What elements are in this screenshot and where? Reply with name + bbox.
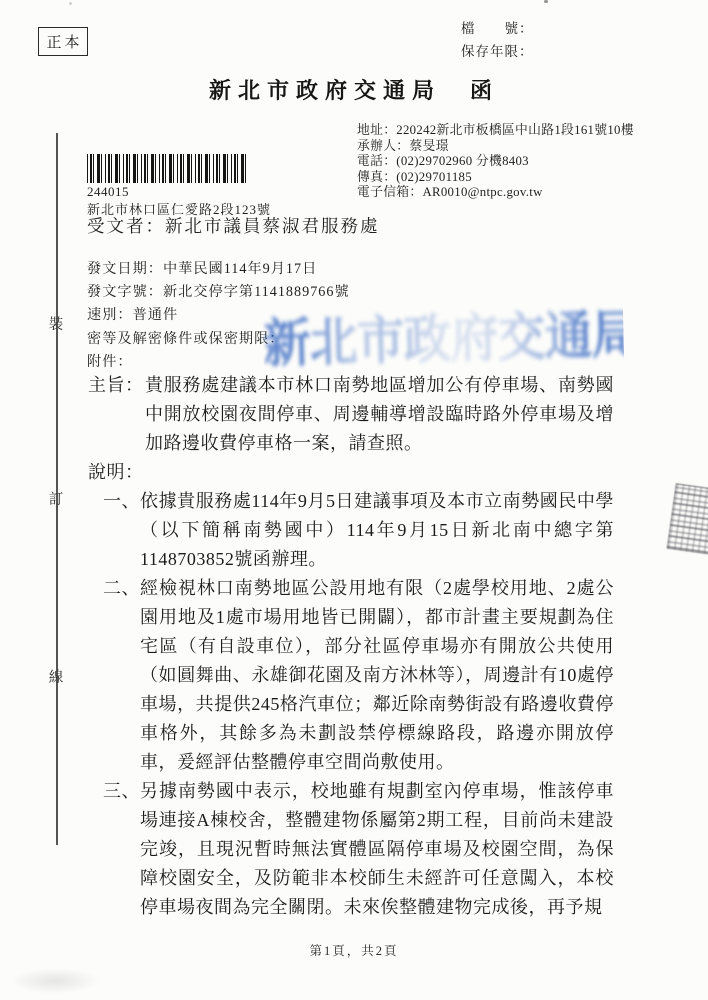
explanation-item-2: 二、經檢視林口南勢地區公設用地有限（2處學校用地、2處公園用地及1處市場用地皆已… [103,574,614,777]
explanation-item-3: 三、另據南勢國中表示，校地雖有規劃室內停車場，惟該停車場連接A棟校舍，整體建物係… [103,777,614,922]
agency-address: 地址：220242新北市板橋區中山路1段161號10樓 [357,123,634,139]
secrecy-level: 密等及解密條件或保密期限： [87,328,350,351]
priority-level: 速別：普通件 [87,304,350,327]
subject-text: 貴服務處建議本市林口南勢地區增加公有停車場、南勢國中開放校園夜間停車、周邊輔導增… [145,371,614,458]
agency-email: 電子信箱：AR0010@ntpc.gov.tw [357,185,634,201]
explanation-label: 說明： [88,458,614,487]
mailing-code: 244015 [87,184,129,200]
item-text: 另據南勢國中表示，校地雖有規劃室內停車場，惟該停車場連接A棟校舍，整體建物係屬第… [140,777,614,922]
agency-contact-block: 地址：220242新北市板橋區中山路1段161號10樓 承辦人：蔡旻璟 電話：(… [357,123,634,201]
item-text: 依據貴服務處114年9月5日建議事項及本市立南勢國民中學（以下簡稱南勢國中）11… [140,487,614,574]
case-officer: 承辦人：蔡旻璟 [357,139,634,155]
page-number: 第1頁，共2頁 [0,941,708,959]
agency-phone: 電話：(02)29702960 分機8403 [357,154,634,170]
retention-period-label: 保存年限： [461,40,534,63]
mailing-barcode [87,154,249,183]
item-number: 三、 [103,777,140,922]
file-number-block: 檔 號： 保存年限： [461,17,534,63]
explanation-item-1: 一、依據貴服務處114年9月5日建議事項及本市立南勢國民中學（以下簡稱南勢國中）… [103,487,614,574]
binding-mark-ding: 訂 [44,488,68,509]
edge-seal-stamp [667,483,708,554]
file-number-label: 檔 號： [461,17,534,40]
subject-paragraph: 主旨：貴服務處建議本市林口南勢地區增加公有停車場、南勢國中開放校園夜間停車、周邊… [88,371,614,458]
scan-smudge [10,968,100,994]
letter-body: 主旨：貴服務處建議本市林口南勢地區增加公有停車場、南勢國中開放校園夜間停車、周邊… [88,371,614,922]
copy-type-label: 正本 [46,31,82,52]
subject-label: 主旨： [88,371,145,458]
document-title: 新北市政府交通局 函 [0,74,708,105]
item-text: 經檢視林口南勢地區公設用地有限（2處學校用地、2處公園用地及1處市場用地皆已開闢… [140,574,614,777]
copy-type-box: 正本 [38,27,88,56]
item-number: 二、 [103,574,140,777]
item-number: 一、 [103,487,140,574]
scan-speck [69,2,72,5]
scanned-official-letter-page: 正本 檔 號： 保存年限： 新北市政府交通局 函 地址：220242新北市板橋區… [0,0,708,1000]
issue-date: 發文日期：中華民國114年9月17日 [87,258,350,281]
agency-fax: 傳真：(02)29701185 [357,170,634,186]
document-number: 發文字號：新北交停字第1141889766號 [87,281,350,304]
binding-mark-xian: 線 [44,666,68,687]
binding-mark-zhuang: 裝 [44,313,68,334]
scan-speck [544,0,548,3]
document-meta-block: 發文日期：中華民國114年9月17日 發文字號：新北交停字第1141889766… [87,258,350,374]
recipient-line: 受文者：新北市議員蔡淑君服務處 [87,213,380,238]
